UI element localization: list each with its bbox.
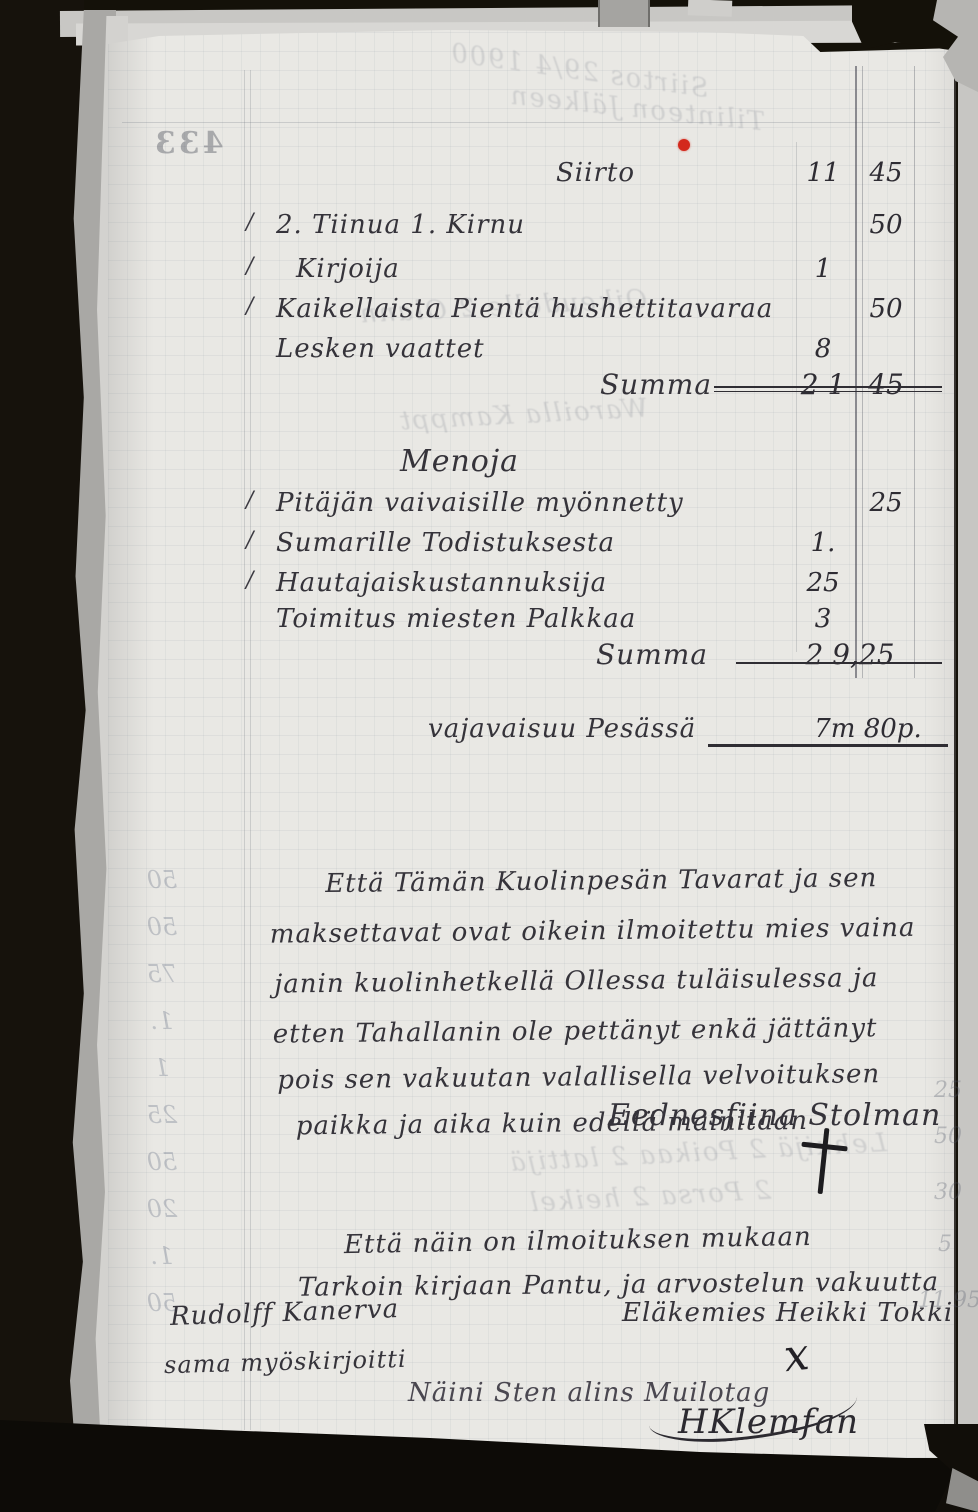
bleed-number: 75	[132, 960, 192, 988]
ledger-sum-row: Summa 2 9,25	[108, 638, 954, 678]
declaration-line: janin kuolinhetkellä Ollessa tuläisuless…	[274, 962, 964, 999]
witness-name-left: Rudolff Kanerva	[170, 1294, 400, 1332]
page-number-bleed: 433	[152, 126, 224, 161]
row-label: Toimitus miesten Palkkaa	[276, 604, 636, 634]
row-label: Kaikellaista Pientä hushettitavaraa	[276, 294, 773, 324]
row-label: 2. Tiinua 1. Kirnu	[276, 210, 525, 240]
ledger-row: / Sumarille Todistuksesta 1.	[108, 528, 954, 568]
markka-value: 8	[794, 334, 852, 364]
bleed-number: 1	[132, 1054, 192, 1082]
bleed-number: 50	[934, 1124, 962, 1149]
deficit-value: 7m 80p.	[808, 714, 928, 744]
ledger-row: / 2. Tiinua 1. Kirnu 50	[108, 210, 954, 250]
markka-value: 2 1	[794, 368, 852, 401]
archival-scan-stage: Siirtos 29/4 1900 Tilinteon Jälkeen Oike…	[0, 0, 978, 1512]
sum-label: Summa	[600, 368, 712, 401]
bleed-number: 50	[132, 1148, 192, 1176]
sum-underline	[714, 386, 942, 388]
bleed-number: 30	[934, 1180, 962, 1205]
row-label: Pitäjän vaivaisille myönnetty	[276, 488, 684, 518]
deficit-row: vajavaisuu Pesässä 7m 80p.	[108, 714, 954, 754]
penni-value: 25	[858, 488, 914, 518]
expenses-heading: Menoja	[400, 444, 519, 479]
ledger-row: / Kaikellaista Pientä hushettitavaraa 50	[108, 294, 954, 334]
attestation-line: Että näin on ilmoituksen mukaan	[344, 1222, 812, 1260]
sum-underline	[714, 391, 942, 392]
bleed-number: 11 95	[918, 1288, 978, 1313]
row-tick: /	[246, 254, 253, 279]
bleed-through-text: 2 Porsa 2 heikel	[527, 1176, 771, 1219]
deficit-underline	[708, 744, 948, 747]
signature-x-mark: x	[781, 1329, 811, 1382]
row-label: Kirjoija	[296, 254, 400, 284]
row-label: Sumarille Todistuksesta	[276, 528, 615, 558]
sum-value: 2 9,25	[780, 638, 920, 671]
witness-name-right: Eläkemies Heikki Tokki	[622, 1298, 953, 1328]
row-tick: /	[246, 294, 253, 319]
deficit-label: vajavaisuu Pesässä	[428, 714, 696, 744]
markka-value: 1	[794, 254, 852, 284]
bleed-number: 1.	[132, 1242, 192, 1270]
ledger-row: / Pitäjän vaivaisille myönnetty 25	[108, 488, 954, 528]
markka-value: 3	[794, 604, 852, 634]
bleed-number: 50	[132, 866, 192, 894]
declarant-signature: Eednesfiina Stolman	[608, 1098, 941, 1133]
markka-value: 11	[794, 158, 852, 188]
declaration-line: maksettavat ovat oikein ilmoitettu mies …	[270, 912, 960, 949]
declaration-line: etten Tahallanin ole pettänyt enkä jättä…	[273, 1012, 963, 1049]
bleed-number: 20	[132, 1195, 192, 1223]
bleed-number: 1.	[132, 1007, 192, 1035]
row-tick: /	[246, 528, 253, 553]
row-tick: /	[246, 488, 253, 513]
ledger-row-carryover: Siirto 11 45	[108, 158, 954, 198]
cross-bar	[818, 1128, 830, 1194]
markka-value: 1.	[794, 528, 852, 558]
bleed-number: 5	[938, 1232, 952, 1257]
bleed-number-column: 50 50 75 1. 1 25 50 20 1. 50	[132, 866, 192, 1317]
document-page: Siirtos 29/4 1900 Tilinteon Jälkeen Oike…	[108, 30, 956, 1458]
row-label: Hautajaiskustannuksija	[276, 568, 607, 598]
ledger-row: / Hautajaiskustannuksija 25	[108, 568, 954, 608]
ledger-row: / Kirjoija 1	[108, 254, 954, 294]
bleed-number: 25	[934, 1078, 962, 1103]
penni-value: 50	[858, 294, 914, 324]
declaration-paragraph: Että Tämän Kuolinpesän Tavarat ja sen ma…	[269, 862, 961, 1049]
penni-value: 45	[858, 368, 914, 401]
bleed-number: 25	[132, 1101, 192, 1129]
torn-paper-fragment	[688, 0, 733, 17]
book-gutter-shadow	[0, 0, 84, 1512]
row-label: Siirto	[556, 158, 635, 188]
markka-value: 25	[794, 568, 852, 598]
witness-note-left: sama myöskirjoitti	[164, 1345, 407, 1379]
sum-label: Summa	[596, 638, 708, 671]
bleed-number: 50	[132, 913, 192, 941]
signature-cross-mark	[797, 1126, 850, 1196]
declaration-line: Että Tämän Kuolinpesän Tavarat ja sen	[325, 862, 978, 899]
ledger-sum-row: Summa 2 1 45	[108, 368, 954, 408]
row-tick: /	[246, 210, 253, 235]
sum-underline	[736, 662, 942, 664]
facing-page-edge	[958, 34, 978, 1504]
row-label: Lesken vaattet	[276, 334, 485, 364]
declaration-line: pois sen vakuutan valallisella velvoituk…	[277, 1058, 967, 1095]
archive-tab	[598, 0, 650, 27]
penni-value: 45	[858, 158, 914, 188]
red-marker-dot	[678, 139, 690, 151]
row-tick: /	[246, 568, 253, 593]
penni-value: 50	[858, 210, 914, 240]
